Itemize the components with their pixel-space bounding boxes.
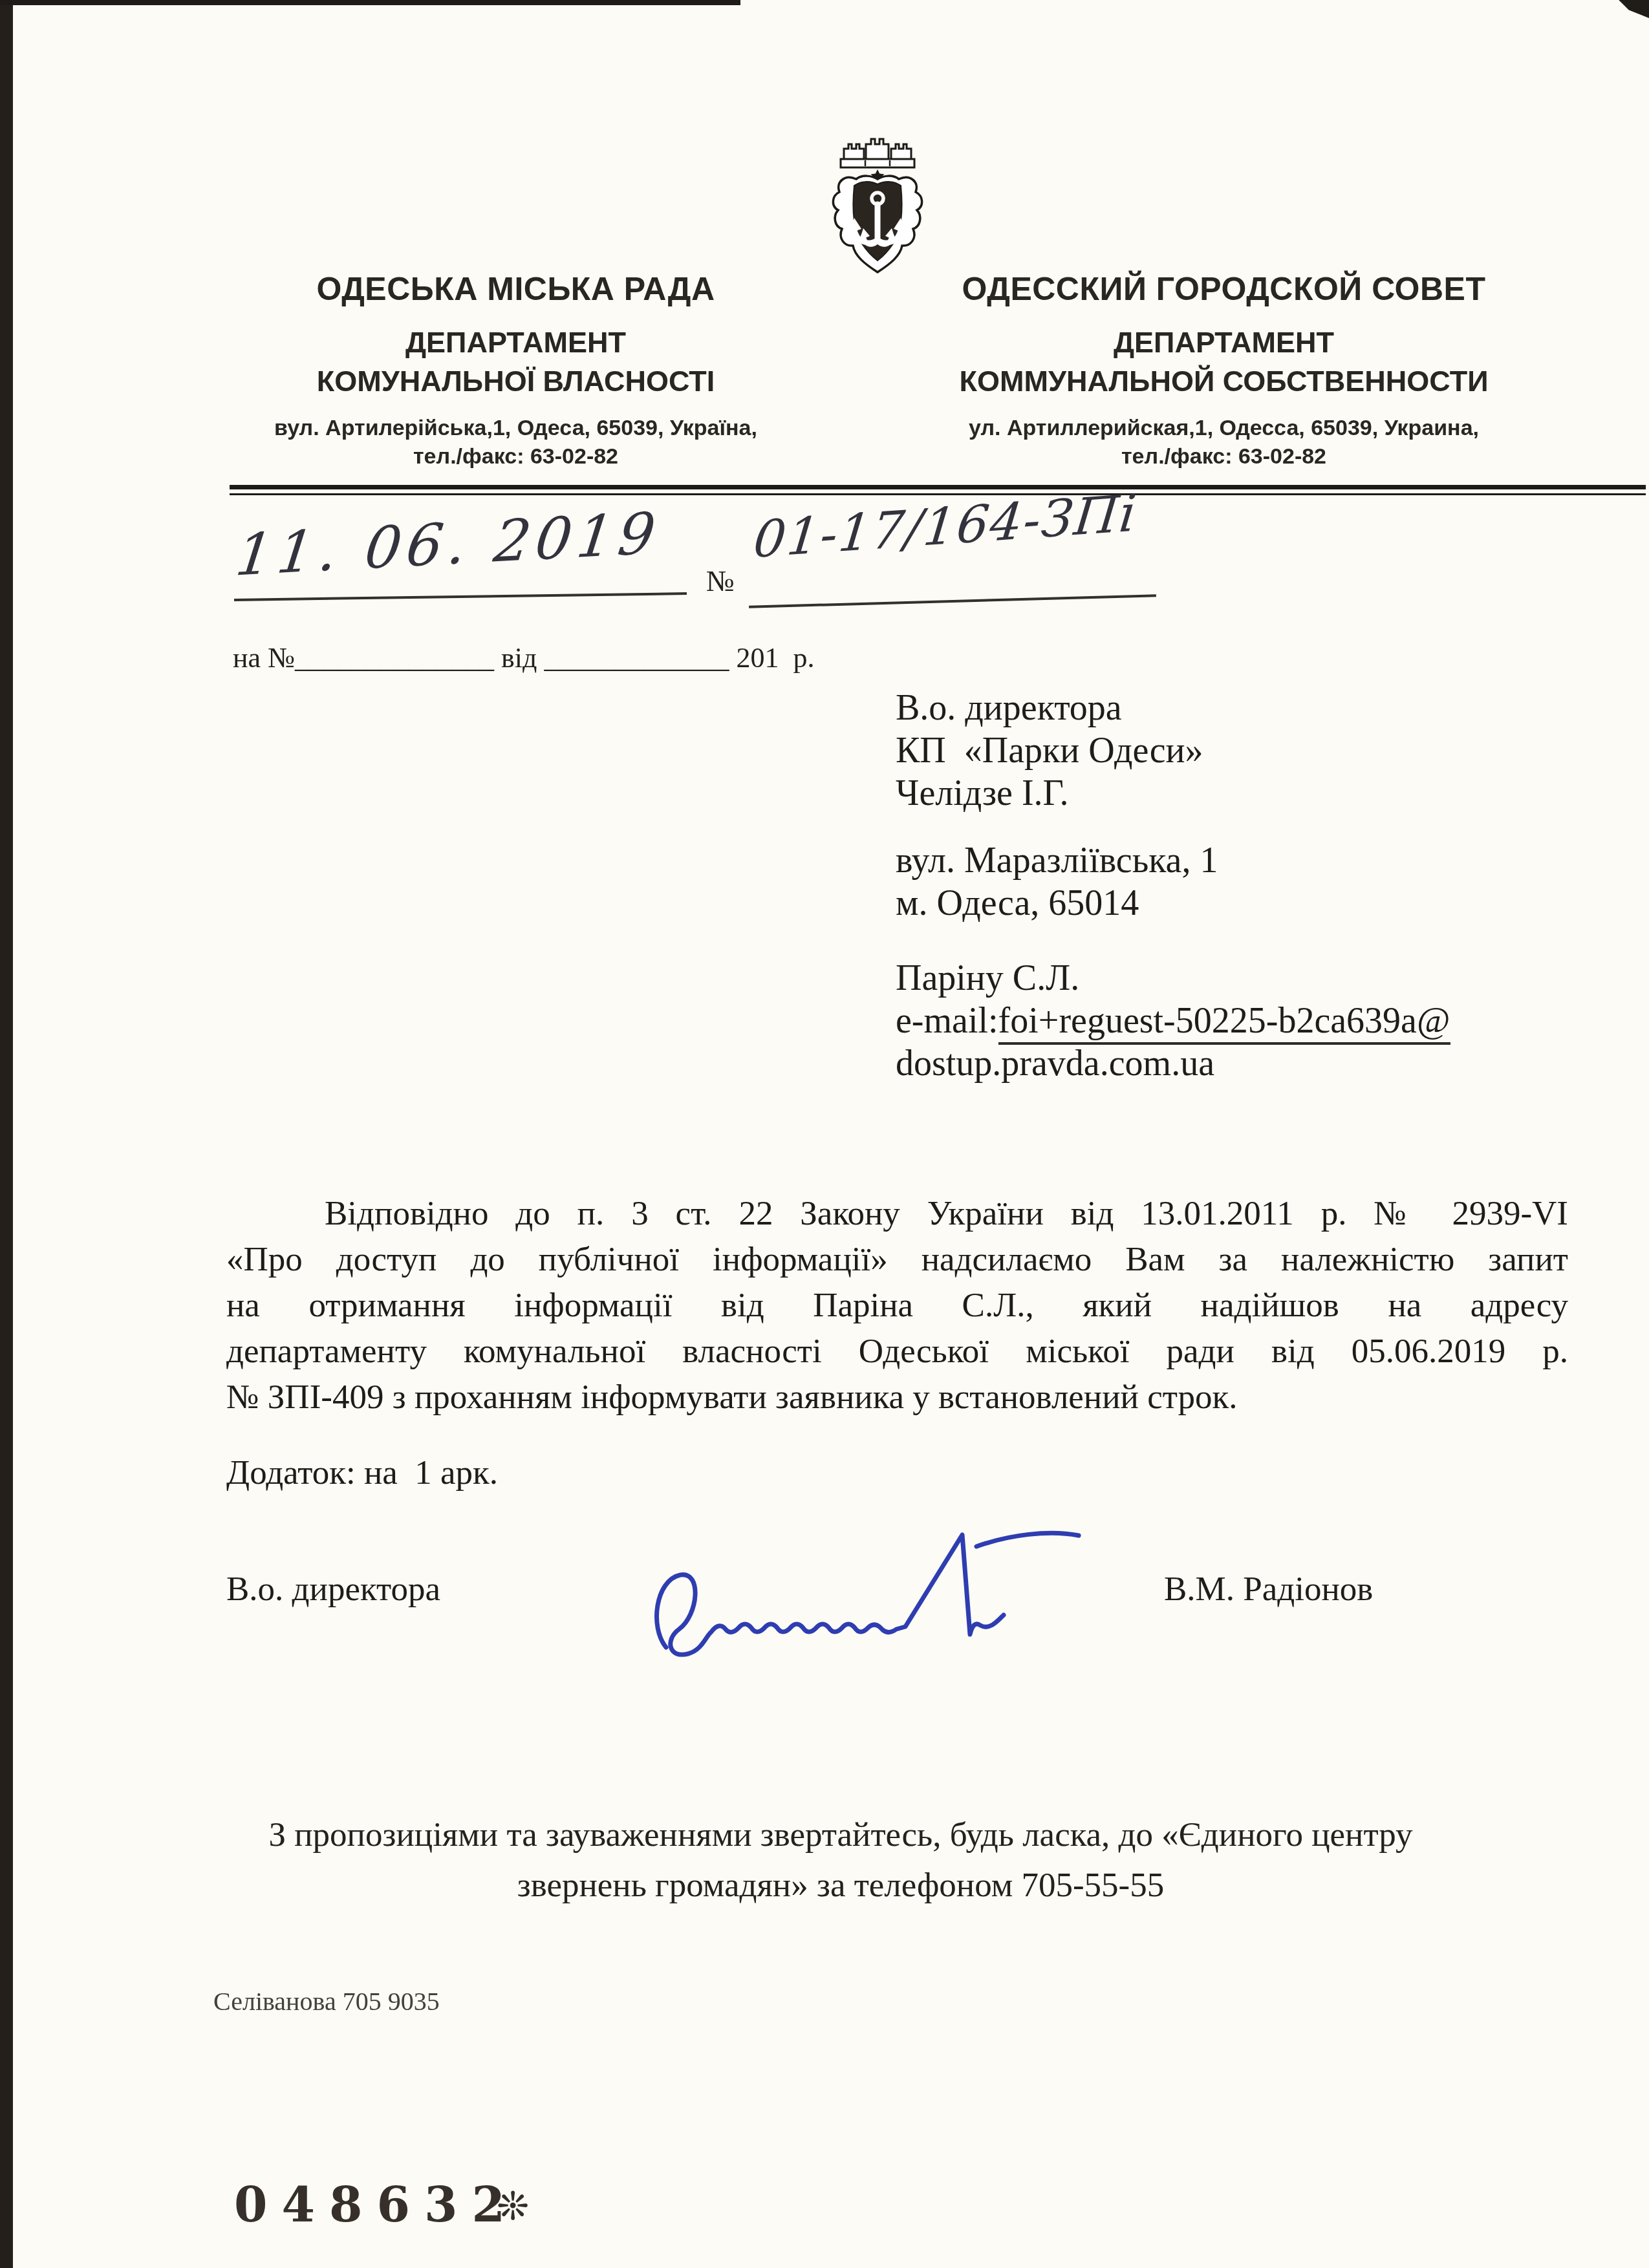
letterhead-divider	[230, 485, 1646, 495]
signature-ink	[647, 1518, 1112, 1676]
dept-line2-ru: КОММУНАЛЬНОЙ СОБСТВЕННОСТИ	[909, 366, 1539, 397]
executor-note: Селіванова 705 9035	[213, 1986, 440, 2017]
body-line: Відповідно до п. 3 ст. 22 Закону України…	[226, 1191, 1568, 1237]
phone-ru: тел./факс: 63-02-82	[909, 442, 1539, 471]
email-label: e-mail:	[896, 1001, 998, 1041]
phone-uk: тел./факс: 63-02-82	[213, 442, 818, 471]
footer-note-line1: З пропозиціями та зауваженнями звертайте…	[39, 1815, 1643, 1854]
signer-position: В.о. директора	[226, 1570, 440, 1609]
recipient-city: м. Одеса, 65014	[896, 882, 1620, 925]
body-line: на отримання інформації від Паріна С.Л.,…	[226, 1283, 1568, 1329]
body-line: «Про доступ до публічної інформації» над…	[226, 1237, 1568, 1283]
scanned-letter-page: ОДЕСЬКА МІСЬКА РАДА ДЕПАРТАМЕНТ КОМУНАЛЬ…	[0, 0, 1649, 2268]
handwritten-number: 01-17/164-ЗПі	[751, 484, 1140, 570]
dept-line1-uk: ДЕПАРТАМЕНТ	[213, 327, 818, 358]
dept-line2-uk: КОМУНАЛЬНОЇ ВЛАСНОСТІ	[213, 366, 818, 397]
recipient-block: В.о. директора КП «Парки Одеси» Челідзе …	[896, 687, 1620, 1085]
org-name-uk: ОДЕСЬКА МІСЬКА РАДА	[213, 272, 818, 306]
footer-note-line2: звернень громадян» за телефоном 705-55-5…	[39, 1866, 1643, 1905]
recipient-company: КП «Парки Одеси»	[896, 729, 1620, 772]
recipient-position: В.о. директора	[896, 687, 1620, 729]
email-address-part1: foi+reguest-50225-b2ca639a@	[998, 1001, 1450, 1045]
body-paragraph: Відповідно до п. 3 ст. 22 Закону України…	[226, 1191, 1568, 1420]
letterhead-left: ОДЕСЬКА МІСЬКА РАДА ДЕПАРТАМЕНТ КОМУНАЛЬ…	[213, 272, 818, 471]
address-uk: вул. Артилерійська,1, Одеса, 65039, Укра…	[213, 414, 818, 442]
address-ru: ул. Артиллерийская,1, Одесса, 65039, Укр…	[909, 414, 1539, 442]
letterhead-right: ОДЕССКИЙ ГОРОДСКОЙ СОВЕТ ДЕПАРТАМЕНТ КОМ…	[909, 272, 1539, 471]
email-address-part2: dostup.pravda.com.ua	[896, 1042, 1620, 1085]
scan-edge-left	[0, 0, 13, 2268]
stamp-asterisk-mark: ❊	[497, 2184, 529, 2229]
number-sign: №	[706, 564, 735, 598]
email-line: e-mail:foi+reguest-50225-b2ca639a@	[896, 1000, 1620, 1042]
dept-line1-ru: ДЕПАРТАМЕНТ	[909, 327, 1539, 358]
registration-stamp-number: 048632	[234, 2177, 519, 2233]
attachment-note: Додаток: на 1 арк.	[226, 1453, 498, 1492]
reply-reference-form-line: на №______________ від _____________ 201…	[233, 641, 814, 674]
org-name-ru: ОДЕССКИЙ ГОРОДСКОЙ СОВЕТ	[909, 272, 1539, 306]
body-line: № ЗПІ-409 з проханням інформувати заявни…	[226, 1375, 1568, 1420]
scan-corner-mark	[1615, 0, 1649, 18]
handwritten-date: 11. 06. 2019	[232, 499, 664, 588]
scan-edge-top	[0, 0, 740, 5]
signer-name: В.М. Радіонов	[1164, 1570, 1373, 1609]
number-underline	[749, 594, 1156, 608]
requester-name: Паріну С.Л.	[896, 957, 1620, 1000]
odesa-coat-of-arms-icon	[826, 138, 929, 279]
date-underline	[234, 592, 687, 601]
body-line: департаменту комунальної власності Одесь…	[226, 1329, 1568, 1375]
recipient-street: вул. Маразліївська, 1	[896, 839, 1620, 882]
recipient-person: Челідзе І.Г.	[896, 772, 1620, 815]
